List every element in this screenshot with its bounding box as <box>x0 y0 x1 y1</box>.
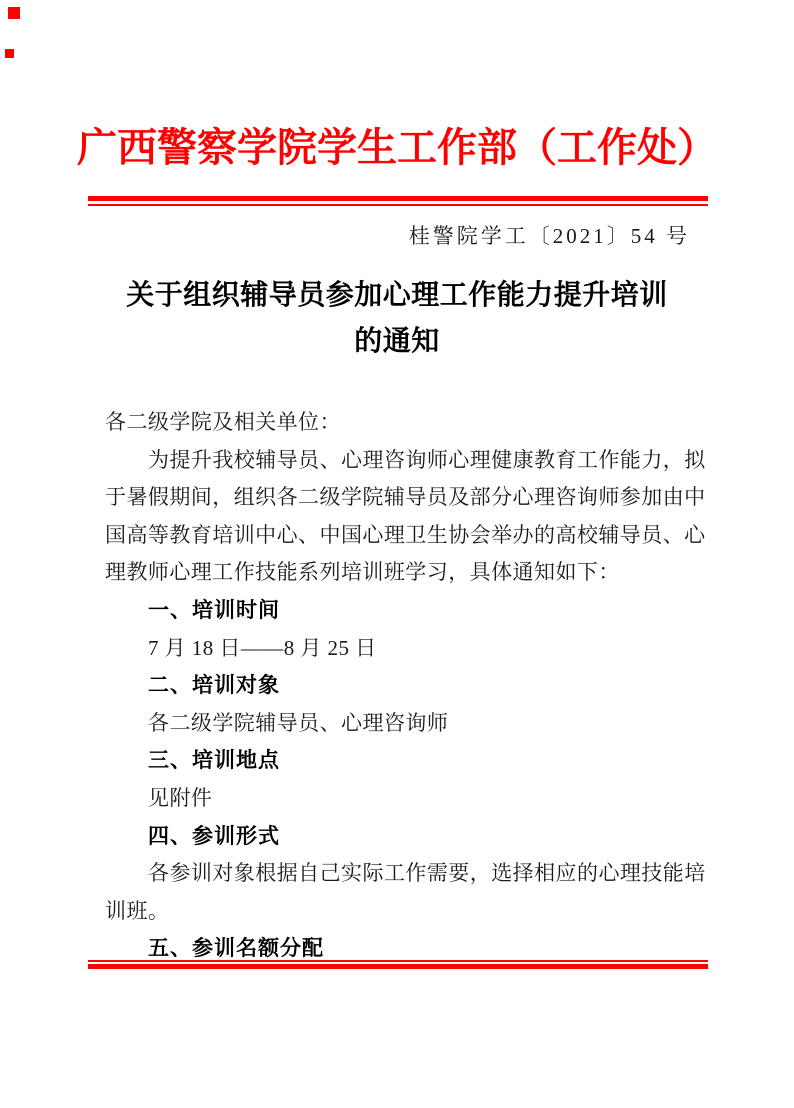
body-line: 7 月 18 日——8 月 25 日 <box>105 630 709 668</box>
scan-artifact-dot <box>5 49 14 58</box>
body-line: 国高等教育培训中心、中国心理卫生协会举办的高校辅导员、心 <box>105 517 709 555</box>
body-line: 三、培训地点 <box>105 742 709 780</box>
body-line: 于暑假期间，组织各二级学院辅导员及部分心理咨询师参加由中 <box>105 479 709 517</box>
footer-rule-thick <box>88 964 708 969</box>
header-rule-thin <box>88 204 708 206</box>
body-line: 四、参训形式 <box>105 818 709 856</box>
body-line: 各二级学院辅导员、心理咨询师 <box>105 705 709 743</box>
document-page: 广西警察学院学生工作部（工作处） 桂警院学工〔2021〕54 号 关于组织辅导员… <box>0 0 794 1108</box>
body-line: 理教师心理工作技能系列培训班学习，具体通知如下： <box>105 554 709 592</box>
body-line: 训班。 <box>105 893 709 931</box>
footer-rule-thin <box>88 960 708 962</box>
masthead-org-title: 广西警察学院学生工作部（工作处） <box>0 122 794 174</box>
header-rule-thick <box>88 196 708 201</box>
body-line: 各参训对象根据自己实际工作需要，选择相应的心理技能培 <box>105 855 709 893</box>
document-title: 关于组织辅导员参加心理工作能力提升培训 的通知 <box>0 272 794 364</box>
body-line: 各二级学院及相关单位： <box>105 404 709 442</box>
document-title-line1: 关于组织辅导员参加心理工作能力提升培训 <box>0 272 794 318</box>
scan-artifact-dot <box>8 7 20 19</box>
body-line: 五、参训名额分配 <box>105 930 709 968</box>
body: 各二级学院及相关单位：为提升我校辅导员、心理咨询师心理健康教育工作能力，拟于暑假… <box>105 404 709 968</box>
body-line: 二、培训对象 <box>105 667 709 705</box>
body-line: 见附件 <box>105 780 709 818</box>
document-number: 桂警院学工〔2021〕54 号 <box>409 222 690 250</box>
body-line: 为提升我校辅导员、心理咨询师心理健康教育工作能力，拟 <box>105 442 709 480</box>
body-line: 一、培训时间 <box>105 592 709 630</box>
document-title-line2: 的通知 <box>0 318 794 364</box>
